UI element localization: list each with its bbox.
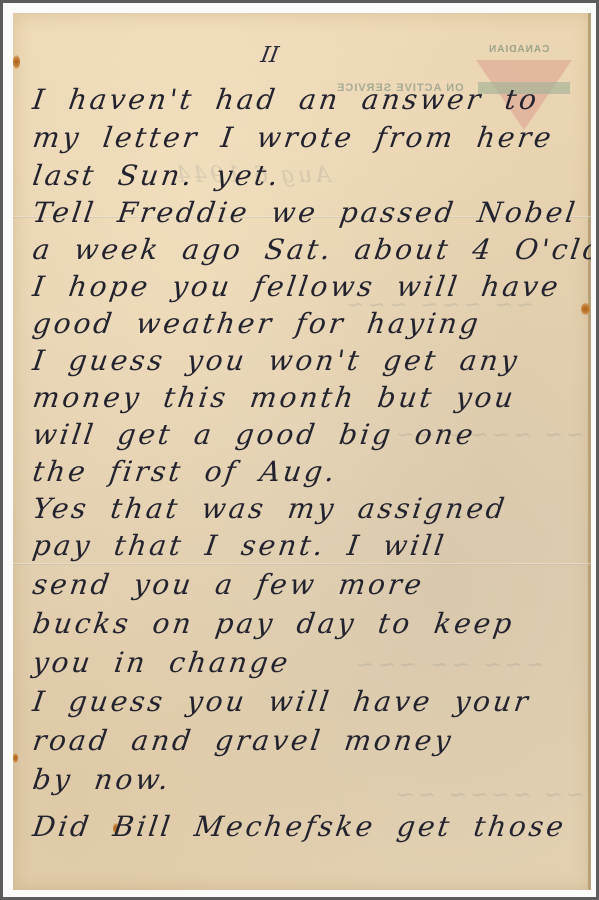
letter-line: good weather for haying (31, 307, 483, 340)
letter-line: my letter I wrote from here (31, 121, 556, 154)
letter-line: you in change (31, 646, 293, 679)
letter-line: a week ago Sat. about 4 O'clock (31, 233, 591, 266)
letter-line: last Sun. yet. (31, 159, 283, 192)
letter-line: Tell Freddie we passed Nobel (31, 196, 580, 229)
photo-mat: Aug 6 1944 ~~ ~~~ ~~~ ~~ ~~~~ ~~ ~~~ ~~ … (3, 3, 596, 897)
page-number: II (259, 43, 281, 68)
letter-line: Did Bill Mechefske get those (31, 810, 569, 843)
watermark-top-text: CANADIAN (488, 44, 549, 55)
bleed-through-text: ~~ ~~~~ ~~ (393, 783, 584, 808)
fold-line (13, 563, 591, 565)
letter-line: I hope you fellows will have (31, 270, 563, 303)
letter-line: the first of Aug. (31, 455, 340, 488)
letter-line: bucks on pay day to keep (31, 607, 517, 640)
letter-line: send you a few more (31, 568, 427, 601)
age-stain (13, 55, 20, 69)
letter-line: pay that I sent. I will (31, 529, 449, 562)
letter-line: by now. (31, 763, 174, 796)
bleed-through-text: ~~~ ~~ ~~~ (353, 653, 544, 678)
letter-line: I guess you won't get any (31, 344, 522, 377)
letter-line: road and gravel money (31, 724, 456, 757)
age-stain (13, 753, 18, 763)
letter-line: Yes that was my assigned (31, 492, 510, 525)
letter-page: Aug 6 1944 ~~ ~~~ ~~~ ~~ ~~~~ ~~ ~~~ ~~ … (13, 13, 591, 890)
letter-line: I guess you will have your (31, 685, 533, 718)
letter-line: money this month but you (31, 381, 518, 414)
age-stain (581, 303, 590, 315)
letter-line: I haven't had an answer to (31, 83, 542, 116)
letter-line: will get a good big one (31, 418, 478, 451)
